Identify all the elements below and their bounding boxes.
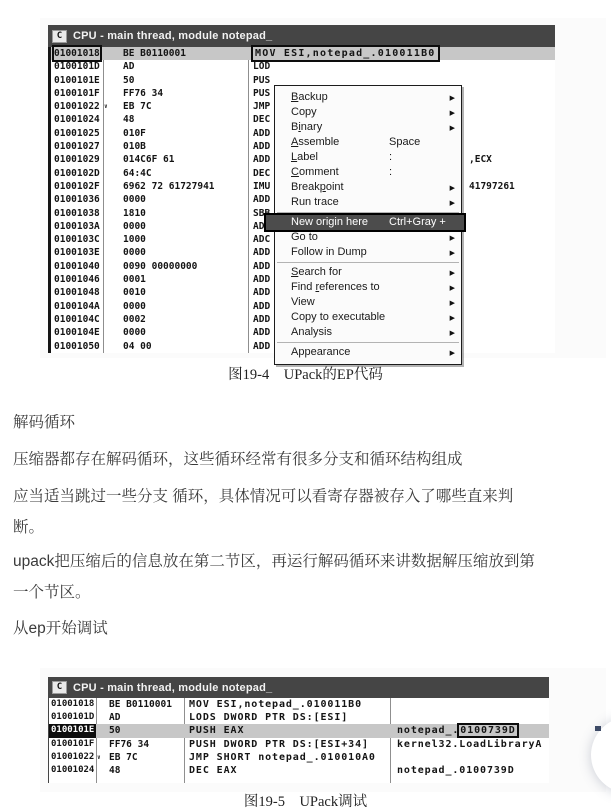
jump-arrow-icon: ∨ xyxy=(104,100,108,113)
address-cell: 01001018 xyxy=(51,698,94,711)
menu-item-go-to[interactable]: Go to▶ xyxy=(275,230,461,245)
figure1-caption: 图19-4 UPack的EP代码 xyxy=(0,363,611,384)
address-cell: 01001018 xyxy=(54,47,100,60)
menu-item-label: Search for xyxy=(291,266,342,278)
menu-item-label: Find references to xyxy=(291,281,380,293)
opcode-cell: 64:4C xyxy=(123,167,152,180)
text-line: 从ep开始调试 xyxy=(13,613,605,644)
opcode-cell: 0010 xyxy=(123,286,146,299)
disasm-cell: DEC EAX xyxy=(189,764,237,777)
disasm-cell: LOD xyxy=(253,60,270,73)
disasm-row[interactable]: 0100101E50PUSH EAXnotepad_.0100739D xyxy=(49,724,549,737)
text-line: 断。 xyxy=(13,512,605,543)
text-line: 应当适当跳过一些分支 循环，具体情况可以看寄存器被存入了哪些直来判 xyxy=(13,481,605,512)
address-cell: 0100103C xyxy=(54,233,100,246)
opcode-cell: 0001 xyxy=(123,273,146,286)
menu-shortcut: : xyxy=(389,150,392,165)
submenu-arrow-icon: ▶ xyxy=(450,346,455,361)
menu-item-backup[interactable]: Backup▶ xyxy=(275,90,461,105)
menu-item-copy-to-executable[interactable]: Copy to executable▶ xyxy=(275,310,461,325)
figure1-window-title: CPU - main thread, module notepad_ xyxy=(73,30,272,42)
address-cell: 0100104E xyxy=(54,326,100,339)
disasm-row[interactable]: 0100101DADLOD xyxy=(51,60,555,73)
submenu-arrow-icon: ▶ xyxy=(450,266,455,281)
submenu-arrow-icon: ▶ xyxy=(450,121,455,136)
address-cell: 01001029 xyxy=(54,153,100,166)
disasm-cell: PUSH EAX xyxy=(189,724,244,737)
opcode-cell: 50 xyxy=(109,724,120,737)
submenu-arrow-icon: ▶ xyxy=(450,326,455,341)
address-cell: 01001025 xyxy=(54,127,100,140)
opcode-cell: 04 00 xyxy=(123,340,152,353)
disasm-cell: ADD xyxy=(253,153,270,166)
text-line: upack把压缩后的信息放在第二节区，再运行解码循环来讲数据解压缩放到第 xyxy=(13,546,605,577)
figure1-titlebar: C CPU - main thread, module notepad_ xyxy=(48,25,555,47)
menu-shortcut: Ctrl+Gray + xyxy=(389,215,446,230)
menu-item-assemble[interactable]: AssembleSpace xyxy=(275,135,461,150)
boxed-address: 0100739D xyxy=(459,725,516,736)
disasm-cell: ADD xyxy=(253,273,270,286)
address-cell: 0100101E xyxy=(49,724,96,737)
comment-cell: notepad_.0100739D xyxy=(397,724,517,737)
disasm-cell: ADD xyxy=(253,140,270,153)
menu-shortcut: : xyxy=(389,165,392,180)
jump-arrow-icon: ∨ xyxy=(97,751,101,764)
opcode-cell: 1810 xyxy=(123,207,146,220)
disasm-cell: DEC xyxy=(253,113,270,126)
disasm-cell: PUSH DWORD PTR DS:[ESI+34] xyxy=(189,738,369,751)
disasm-cell: PUS xyxy=(253,87,270,100)
address-cell: 01001048 xyxy=(54,286,100,299)
menu-item-comment[interactable]: Comment: xyxy=(275,165,461,180)
disasm-tail: ,ECX xyxy=(467,153,492,166)
submenu-arrow-icon: ▶ xyxy=(450,281,455,296)
disasm-cell: ADD xyxy=(253,286,270,299)
context-menu: Backup▶Copy▶Binary▶AssembleSpaceLabel:Co… xyxy=(274,85,462,365)
disasm-cell: MOV ESI,notepad_.010011B0 xyxy=(253,47,438,60)
submenu-arrow-icon: ▶ xyxy=(450,296,455,311)
disasm-cell: DEC xyxy=(253,167,270,180)
menu-shortcut: Space xyxy=(389,135,420,150)
cpu-window-icon: C xyxy=(52,681,67,694)
disasm-row[interactable]: 0100101DADLODS DWORD PTR DS:[ESI] xyxy=(49,711,549,724)
disasm-cell: PUS xyxy=(253,74,270,87)
address-cell: 0100101D xyxy=(54,60,100,73)
menu-separator xyxy=(277,212,459,213)
address-cell: 01001050 xyxy=(54,340,100,353)
figure2-titlebar: C CPU - main thread, module notepad_ xyxy=(48,677,549,698)
opcode-cell: 48 xyxy=(123,113,134,126)
address-cell: 0100102F xyxy=(54,180,100,193)
address-cell: 0100101D xyxy=(51,711,94,724)
text-line: 一个节区。 xyxy=(13,577,605,608)
opcode-cell: 0002 xyxy=(123,313,146,326)
disasm-cell: ADD xyxy=(253,313,270,326)
address-cell: 01001040 xyxy=(54,260,100,273)
disasm-cell: ADD xyxy=(253,326,270,339)
menu-item-new-origin-here[interactable]: New origin hereCtrl+Gray + xyxy=(266,215,464,230)
address-cell: 01001038 xyxy=(54,207,100,220)
address-cell: 01001027 xyxy=(54,140,100,153)
figure2-debugger-window: C CPU - main thread, module notepad_ 010… xyxy=(48,677,549,783)
disasm-cell: IMU xyxy=(253,180,270,193)
figure2-window-title: CPU - main thread, module notepad_ xyxy=(73,682,272,694)
submenu-arrow-icon: ▶ xyxy=(450,196,455,211)
opcode-cell: AD xyxy=(109,711,120,724)
menu-item-label: Appearance xyxy=(291,346,350,358)
cpu-window-icon: C xyxy=(52,30,67,43)
submenu-arrow-icon: ▶ xyxy=(450,311,455,326)
menu-separator xyxy=(277,342,459,343)
menu-item-find-references-to[interactable]: Find references to▶ xyxy=(275,280,461,295)
address-cell: 0100104A xyxy=(54,300,100,313)
submenu-arrow-icon: ▶ xyxy=(450,91,455,106)
opcode-cell: FF76 34 xyxy=(109,738,149,751)
opcode-cell: BE B0110001 xyxy=(109,698,172,711)
disasm-row[interactable]: 0100102448DEC EAXnotepad_.0100739D xyxy=(49,764,549,777)
disasm-cell: ADC xyxy=(253,233,270,246)
paragraph: 压缩器都存在解码循环，这些循环经常有很多分支和循环结构组成 xyxy=(13,444,605,475)
disasm-row[interactable]: 01001022∨EB 7CJMP SHORT notepad_.010010A… xyxy=(49,751,549,764)
disasm-row[interactable]: 01001018BE B0110001MOV ESI,notepad_.0100… xyxy=(51,47,555,60)
opcode-cell: 0000 xyxy=(123,326,146,339)
menu-item-run-trace[interactable]: Run trace▶ xyxy=(275,195,461,210)
disasm-cell: ADD xyxy=(253,127,270,140)
floating-button-icon xyxy=(595,726,601,731)
paragraph: 从ep开始调试 xyxy=(13,613,605,644)
opcode-cell: 0090 00000000 xyxy=(123,260,197,273)
address-cell: 01001024 xyxy=(51,764,94,777)
disasm-row[interactable]: 01001018BE B0110001MOV ESI,notepad_.0100… xyxy=(49,698,549,711)
address-cell: 01001024 xyxy=(54,113,100,126)
menu-separator xyxy=(277,262,459,263)
submenu-arrow-icon: ▶ xyxy=(450,106,455,121)
submenu-arrow-icon: ▶ xyxy=(450,181,455,196)
disasm-cell: ADD xyxy=(253,300,270,313)
address-cell: 01001036 xyxy=(54,193,100,206)
menu-item-label: New origin here xyxy=(291,216,368,228)
menu-item-follow-in-dump[interactable]: Follow in Dump▶ xyxy=(275,245,461,260)
menu-item-label: Copy xyxy=(291,106,317,118)
disasm-cell: LODS DWORD PTR DS:[ESI] xyxy=(189,711,348,724)
opcode-cell: EB 7C xyxy=(109,751,138,764)
comment-cell: kernel32.LoadLibraryA xyxy=(397,738,542,751)
address-cell: 01001022 xyxy=(54,100,100,113)
opcode-cell: 0000 xyxy=(123,246,146,259)
paragraph: upack把压缩后的信息放在第二节区，再运行解码循环来讲数据解压缩放到第一个节区… xyxy=(13,546,605,608)
menu-item-label: Copy to executable xyxy=(291,311,385,323)
address-cell: 0100102D xyxy=(54,167,100,180)
menu-item-copy[interactable]: Copy▶ xyxy=(275,105,461,120)
paragraph: 解码循环 xyxy=(13,407,605,438)
opcode-cell: 6962 72 61727941 xyxy=(123,180,215,193)
disasm-cell: JMP xyxy=(253,100,270,113)
disasm-cell: ADD xyxy=(253,246,270,259)
menu-item-label: Binary xyxy=(291,121,322,133)
address-cell: 01001046 xyxy=(54,273,100,286)
menu-item-label: Label xyxy=(291,151,318,163)
opcode-cell: 010F xyxy=(123,127,146,140)
address-cell: 0100101F xyxy=(54,87,100,100)
fig2-rows: 01001018BE B0110001MOV ESI,notepad_.0100… xyxy=(49,698,549,777)
address-cell: 0100104C xyxy=(54,313,100,326)
opcode-cell: 0000 xyxy=(123,220,146,233)
menu-item-label: Backup xyxy=(291,91,328,103)
menu-item-label: View xyxy=(291,296,315,308)
menu-item-appearance[interactable]: Appearance▶ xyxy=(275,345,461,360)
menu-item-binary[interactable]: Binary▶ xyxy=(275,120,461,135)
disasm-tail: 41797261 xyxy=(467,180,515,193)
address-cell: 0100101F xyxy=(51,738,94,751)
address-cell: 0100103E xyxy=(54,246,100,259)
menu-item-label: Assemble xyxy=(291,136,339,148)
paragraph: 应当适当跳过一些分支 循环，具体情况可以看寄存器被存入了哪些直来判断。 xyxy=(13,481,605,543)
disasm-row[interactable]: 0100101FFF76 34PUSH DWORD PTR DS:[ESI+34… xyxy=(49,738,549,751)
disasm-cell: ADD xyxy=(253,260,270,273)
text-line: 解码循环 xyxy=(13,407,605,438)
address-cell: 0100101E xyxy=(54,74,100,87)
menu-item-label: Run trace xyxy=(291,196,339,208)
submenu-arrow-icon: ▶ xyxy=(450,246,455,261)
opcode-cell: EB 7C xyxy=(123,100,152,113)
address-cell: 0100103A xyxy=(54,220,100,233)
opcode-cell: 014C6F 61 xyxy=(123,153,174,166)
menu-item-label: Comment xyxy=(291,166,339,178)
comment-cell: notepad_.0100739D xyxy=(397,764,515,777)
figure1-disassembly: 01001018BE B0110001MOV ESI,notepad_.0100… xyxy=(48,47,555,353)
opcode-cell: 1000 xyxy=(123,233,146,246)
opcode-cell: 010B xyxy=(123,140,146,153)
menu-item-label[interactable]: Label: xyxy=(275,150,461,165)
menu-item-breakpoint[interactable]: Breakpoint▶ xyxy=(275,180,461,195)
figure2-caption: 图19-5 UPack调试 xyxy=(0,790,611,809)
text-line: 压缩器都存在解码循环，这些循环经常有很多分支和循环结构组成 xyxy=(13,444,605,475)
opcode-cell: BE B0110001 xyxy=(123,47,186,60)
menu-item-label: Analysis xyxy=(291,326,332,338)
opcode-cell: 50 xyxy=(123,74,134,87)
opcode-cell: 0000 xyxy=(123,193,146,206)
opcode-cell: 48 xyxy=(109,764,120,777)
menu-item-analysis[interactable]: Analysis▶ xyxy=(275,325,461,340)
figure1-debugger-window: C CPU - main thread, module notepad_ 010… xyxy=(48,25,555,353)
disasm-cell: MOV ESI,notepad_.010011B0 xyxy=(189,698,362,711)
disasm-cell: JMP SHORT notepad_.010010A0 xyxy=(189,751,376,764)
submenu-arrow-icon: ▶ xyxy=(450,231,455,246)
address-cell: 01001022 xyxy=(51,751,94,764)
figure2-disassembly: 01001018BE B0110001MOV ESI,notepad_.0100… xyxy=(48,698,549,783)
menu-item-search-for[interactable]: Search for▶ xyxy=(275,265,461,280)
menu-item-label: Follow in Dump xyxy=(291,246,367,258)
opcode-cell: AD xyxy=(123,60,134,73)
menu-item-label: Go to xyxy=(291,231,318,243)
opcode-cell: 0000 xyxy=(123,300,146,313)
menu-item-view[interactable]: View▶ xyxy=(275,295,461,310)
menu-item-label: Breakpoint xyxy=(291,181,344,193)
opcode-cell: FF76 34 xyxy=(123,87,163,100)
disasm-cell: ADD xyxy=(253,193,270,206)
